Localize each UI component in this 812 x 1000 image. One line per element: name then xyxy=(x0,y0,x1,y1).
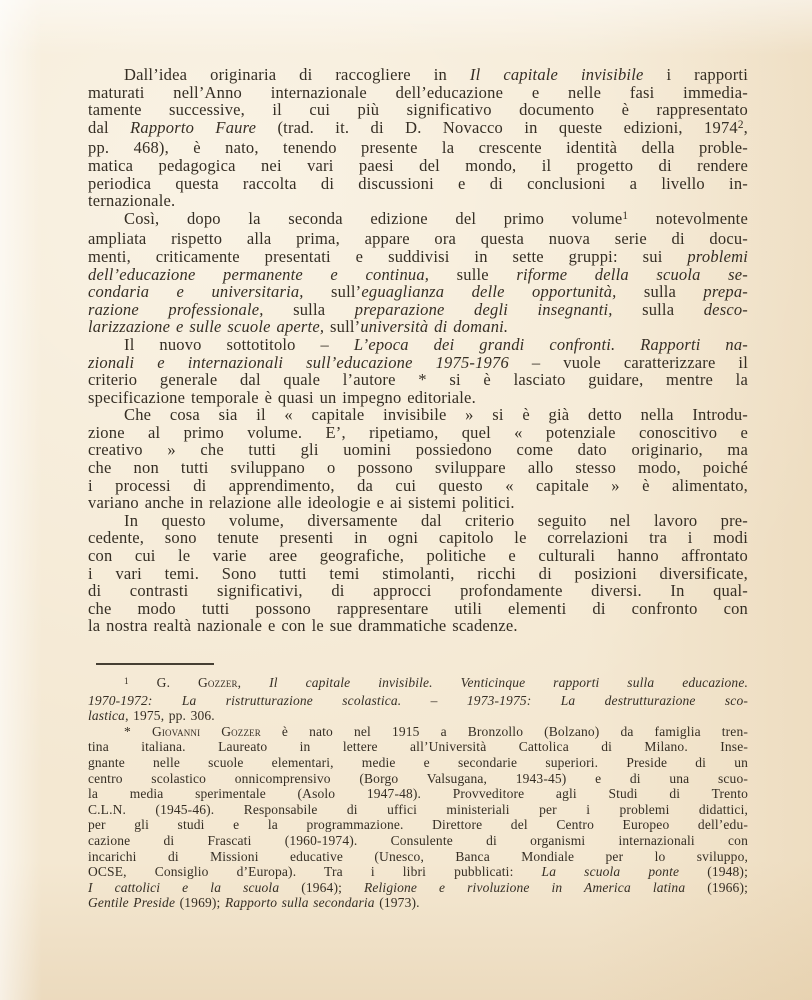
text-line: Che cosa sia il « capitale invisibile » … xyxy=(88,406,748,424)
text-segment: che non tutti sviluppano o possono svilu… xyxy=(88,458,748,477)
text-segment: i vari temi. Sono tutti temi stimolanti,… xyxy=(88,564,748,583)
text-line: ampliata rispetto alla prima, appare ora… xyxy=(88,230,748,248)
text-segment: sulla xyxy=(264,300,355,319)
text-segment: larizzazione e sulle scuole aperte, xyxy=(88,317,324,336)
text-segment: * xyxy=(124,724,152,739)
text-line: cedente, sono tenute presenti in ogni ca… xyxy=(88,529,748,547)
text-segment: sull’ xyxy=(324,317,360,336)
text-segment: Religione e rivoluzione in America latin… xyxy=(364,880,685,895)
footnote-separator xyxy=(96,663,214,665)
text-segment: L’epoca dei grandi confronti. Rapporti n… xyxy=(354,335,748,354)
text-segment: Rapporto sulla secondaria xyxy=(225,895,375,910)
text-line: matica pedagogica nei vari paesi del mon… xyxy=(88,157,748,175)
text-segment: criterio generale dal quale l’autore * s… xyxy=(88,370,748,389)
text-line: menti, criticamente presentati e suddivi… xyxy=(88,248,748,266)
text-segment: razione professionale, xyxy=(88,300,264,319)
text-segment: periodica questa raccolta di discussioni… xyxy=(88,174,748,193)
text-line: i vari temi. Sono tutti temi stimolanti,… xyxy=(88,565,748,583)
text-line: Il nuovo sottotitolo – L’epoca dei grand… xyxy=(88,336,748,354)
text-segment: è nato nel 1915 a Bronzollo (Bolzano) da… xyxy=(261,724,748,739)
text-segment: notevolmente xyxy=(628,209,748,228)
text-line: OCSE, Consiglio d’Europa). Tra i libri p… xyxy=(88,864,748,880)
text-line: Gentile Preside (1969); Rapporto sulla s… xyxy=(88,895,748,911)
text-line: specificazione temporale è quasi un impe… xyxy=(88,389,748,407)
text-segment: Il nuovo sottotitolo – xyxy=(124,335,354,354)
text-line: In questo volume, diversamente dal crite… xyxy=(88,512,748,530)
text-segment: Gentile Preside xyxy=(88,895,175,910)
text-segment: Il capitale invisibile xyxy=(470,65,644,84)
paragraph-body-3: Il nuovo sottotitolo – L’epoca dei grand… xyxy=(88,336,748,406)
text-segment: Il capitale invisibile. Venticinque rapp… xyxy=(269,675,748,690)
text-line: tamente successive, il cui più significa… xyxy=(88,101,748,119)
text-line: ternazionale. xyxy=(88,192,748,210)
text-line: zione al primo volume. E’, ripetiamo, qu… xyxy=(88,424,748,442)
text-segment: matica pedagogica nei vari paesi del mon… xyxy=(88,156,748,175)
text-line: lastica, 1975, pp. 306. xyxy=(88,708,748,724)
text-line: razione professionale, sulla preparazion… xyxy=(88,301,748,319)
paragraph-footnote-2: * Giovanni Gozzer è nato nel 1915 a Bron… xyxy=(88,724,748,911)
footnote-marker: 1 xyxy=(124,676,129,686)
text-segment: (1966); xyxy=(685,880,748,895)
text-segment: la media sperimentale (Asolo 1947-48). P… xyxy=(88,786,748,801)
text-line: zionali e internazionali sull’educazione… xyxy=(88,354,748,372)
text-segment: sull’ xyxy=(304,282,362,301)
text-line: cazione di Frascati (1960-1974). Consule… xyxy=(88,833,748,849)
text-segment: I cattolici e la scuola xyxy=(88,880,279,895)
text-segment: Dall’idea originaria di raccogliere in xyxy=(124,65,470,84)
text-segment: desco- xyxy=(704,300,748,319)
text-segment: Che cosa sia il « capitale invisibile » … xyxy=(124,405,748,424)
text-segment: Giovanni Gozzer xyxy=(152,724,261,739)
text-segment: 1970-1972: La ristrutturazione scolastic… xyxy=(88,693,748,708)
text-segment: specificazione temporale è quasi un impe… xyxy=(88,388,476,407)
text-line: che non tutti sviluppano o possono svilu… xyxy=(88,459,748,477)
text-line: larizzazione e sulle scuole aperte, sull… xyxy=(88,318,748,336)
text-segment: tina italiana. Laureato in lettere all’U… xyxy=(88,739,748,754)
body-text: Dall’idea originaria di raccogliere in I… xyxy=(88,66,748,635)
text-segment: sulle xyxy=(429,265,516,284)
text-segment: che modo tutti possono rappresentare uti… xyxy=(88,599,748,618)
text-segment: prepa- xyxy=(703,282,748,301)
text-line: centro scolastico onnicomprensivo (Borgo… xyxy=(88,771,748,787)
text-segment: dell’educazione permanente e continua, xyxy=(88,265,429,284)
text-segment: maturati nell’Anno internazionale dell’e… xyxy=(88,83,748,102)
text-segment: lastica xyxy=(88,708,125,723)
text-line: i processi di apprendimento, da cui ques… xyxy=(88,477,748,495)
text-segment: creativo » che tutti gli uomini possiedo… xyxy=(88,440,748,459)
text-line: tina italiana. Laureato in lettere all’U… xyxy=(88,739,748,755)
text-line: variano anche in relazione alle ideologi… xyxy=(88,494,748,512)
text-segment: (1969); xyxy=(175,895,225,910)
text-segment: zione al primo volume. E’, ripetiamo, qu… xyxy=(88,423,748,442)
text-segment: , xyxy=(744,118,748,137)
text-segment: cazione di Frascati (1960-1974). Consule… xyxy=(88,833,748,848)
text-segment: i processi di apprendimento, da cui ques… xyxy=(88,476,748,495)
footnote-marker: 2 xyxy=(738,119,744,131)
text-line: incarichi di Missioni educative (Unesco,… xyxy=(88,849,748,865)
paragraph-body-1: Dall’idea originaria di raccogliere in I… xyxy=(88,66,748,210)
text-segment: ampliata rispetto alla prima, appare ora… xyxy=(88,229,748,248)
text-segment: La scuola ponte xyxy=(542,864,680,879)
text-segment: (1964); xyxy=(279,880,364,895)
text-segment: la nostra realtà nazionale e con le sue … xyxy=(88,616,518,635)
footnote-marker: 1 xyxy=(622,210,628,222)
book-page: Dall’idea originaria di raccogliere in I… xyxy=(0,0,812,1000)
text-segment: menti, criticamente presentati e suddivi… xyxy=(88,247,687,266)
text-segment: tamente successive, il cui più significa… xyxy=(88,100,748,119)
footnotes: 1 G. Gozzer, Il capitale invisibile. Ven… xyxy=(88,675,748,911)
text-segment: per gli studi e la programmazione. Diret… xyxy=(88,817,748,832)
text-segment: sulla xyxy=(613,300,704,319)
text-line: per gli studi e la programmazione. Diret… xyxy=(88,817,748,833)
text-line: maturati nell’Anno internazionale dell’e… xyxy=(88,84,748,102)
text-line: di contrasti significativi, di approcci … xyxy=(88,582,748,600)
paragraph-footnote-1: 1 G. Gozzer, Il capitale invisibile. Ven… xyxy=(88,675,748,724)
text-line: gnante nelle scuole elementari, medie e … xyxy=(88,755,748,771)
text-segment: Gozzer xyxy=(198,675,238,690)
text-line: Così, dopo la seconda edizione del primo… xyxy=(88,210,748,231)
text-segment: di contrasti significativi, di approcci … xyxy=(88,581,748,600)
text-segment: In questo volume, diversamente dal crite… xyxy=(124,511,748,530)
text-segment: condaria e universitaria, xyxy=(88,282,304,301)
paragraph-body-4: Che cosa sia il « capitale invisibile » … xyxy=(88,406,748,512)
text-line: dell’educazione permanente e continua, s… xyxy=(88,266,748,284)
text-line: I cattolici e la scuola (1964); Religion… xyxy=(88,880,748,896)
text-line: dal Rapporto Faure (trad. it. di D. Nova… xyxy=(88,119,748,140)
text-segment: zionali e internazionali sull’educazione… xyxy=(88,353,509,372)
text-segment: (trad. it. di D. Novacco in queste edizi… xyxy=(256,118,738,137)
paragraph-body-2: Così, dopo la seconda edizione del primo… xyxy=(88,210,748,336)
text-segment: con cui le varie aree geografiche, polit… xyxy=(88,546,748,565)
text-block: Dall’idea originaria di raccogliere in I… xyxy=(88,66,748,911)
text-segment: G. xyxy=(129,675,198,690)
text-line: creativo » che tutti gli uomini possiedo… xyxy=(88,441,748,459)
text-segment: preparazione degli insegnanti, xyxy=(355,300,613,319)
text-segment: centro scolastico onnicomprensivo (Borgo… xyxy=(88,771,748,786)
text-line: con cui le varie aree geografiche, polit… xyxy=(88,547,748,565)
text-segment: Così, dopo la seconda edizione del primo… xyxy=(124,209,622,228)
text-line: C.L.N. (1945-46). Responsabile di uffici… xyxy=(88,802,748,818)
text-segment: pp. 468), è nato, tenendo presente la cr… xyxy=(88,138,748,157)
text-line: criterio generale dal quale l’autore * s… xyxy=(88,371,748,389)
text-segment: sulla xyxy=(617,282,704,301)
text-segment: , 1975, pp. 306. xyxy=(125,708,215,723)
text-line: pp. 468), è nato, tenendo presente la cr… xyxy=(88,139,748,157)
text-segment: incarichi di Missioni educative (Unesco,… xyxy=(88,849,748,864)
text-segment: OCSE, Consiglio d’Europa). Tra i libri p… xyxy=(88,864,542,879)
text-segment: gnante nelle scuole elementari, medie e … xyxy=(88,755,748,770)
text-segment: – vuole caratterizzare il xyxy=(509,353,748,372)
text-segment: Rapporto Faure xyxy=(130,118,256,137)
text-line: condaria e universitaria, sull’eguaglian… xyxy=(88,283,748,301)
text-segment: dal xyxy=(88,118,130,137)
text-segment: problemi xyxy=(687,247,748,266)
text-line: la nostra realtà nazionale e con le sue … xyxy=(88,617,748,635)
text-segment: (1948); xyxy=(679,864,748,879)
text-line: * Giovanni Gozzer è nato nel 1915 a Bron… xyxy=(88,724,748,740)
text-segment: cedente, sono tenute presenti in ogni ca… xyxy=(88,528,748,547)
text-segment: università di domani. xyxy=(360,317,508,336)
text-line: che modo tutti possono rappresentare uti… xyxy=(88,600,748,618)
text-segment: ternazionale. xyxy=(88,191,175,210)
text-segment: , xyxy=(238,675,269,690)
text-segment: eguaglianza delle opportunità, xyxy=(361,282,616,301)
text-line: Dall’idea originaria di raccogliere in I… xyxy=(88,66,748,84)
text-segment: C.L.N. (1945-46). Responsabile di uffici… xyxy=(88,802,748,817)
text-segment: (1973). xyxy=(375,895,420,910)
text-segment: i rapporti xyxy=(644,65,748,84)
text-line: periodica questa raccolta di discussioni… xyxy=(88,175,748,193)
text-line: la media sperimentale (Asolo 1947-48). P… xyxy=(88,786,748,802)
text-segment: variano anche in relazione alle ideologi… xyxy=(88,493,515,512)
text-segment: riforme della scuola se- xyxy=(516,265,748,284)
text-line: 1970-1972: La ristrutturazione scolastic… xyxy=(88,693,748,709)
paragraph-body-5: In questo volume, diversamente dal crite… xyxy=(88,512,748,635)
text-line: 1 G. Gozzer, Il capitale invisibile. Ven… xyxy=(88,675,748,693)
